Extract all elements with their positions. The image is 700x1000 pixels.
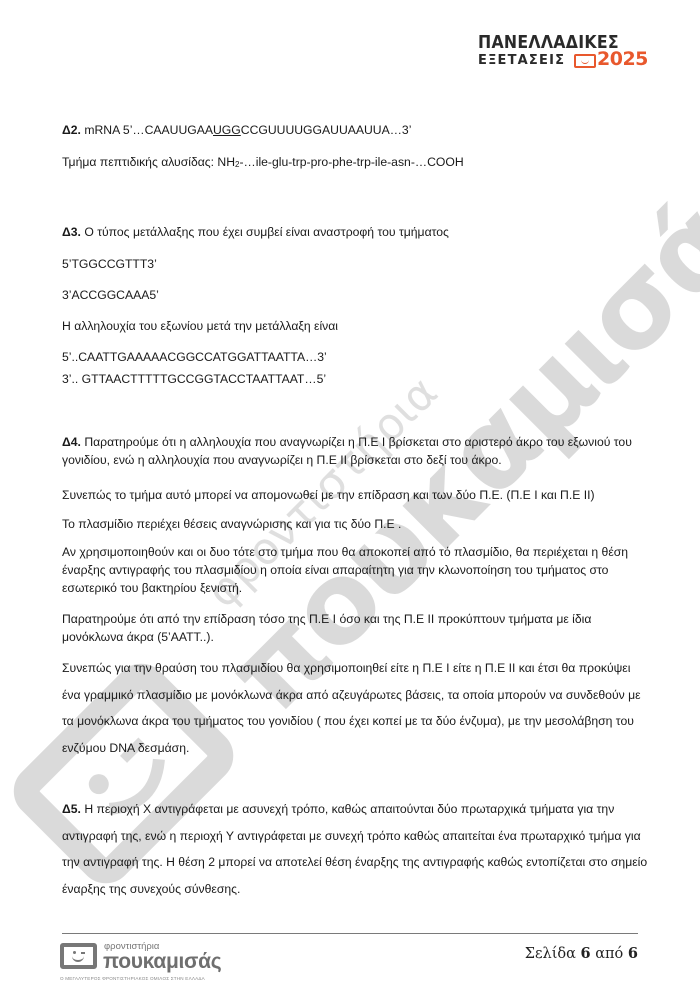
footer-divider [62,933,638,934]
document-page: φροντιστήρια πουκαμισάς ΠΑΝΕΛΛΑΔΙΚΕΣ ΕΞΕ… [0,0,700,1000]
footer-brand-logo: φροντιστήρια πουκαμισάς Ο ΜΕΓΑΛΥΤΕΡΟΣ ΦΡ… [60,940,220,985]
page-total: 6 [628,945,638,962]
brand-name: πουκαμισάς [103,950,221,974]
page-number: Σελίδα 6 από 6 [525,945,638,962]
codon-underlined: UGG [213,123,241,137]
d4-label: Δ4. [62,435,81,449]
d5-paragraph: Δ5. Η περιοχή Χ αντιγράφεται με ασυνεχή … [62,796,652,902]
page-current: 6 [581,945,591,962]
d4-paragraph-1: Δ4. Παρατηρούμε ότι η αλληλουχία που ανα… [62,433,652,469]
d4-paragraph-2: Συνεπώς το τμήμα αυτό μπορεί να απομονωθ… [62,486,652,504]
d3-after-text: Η αλληλουχία του εξωνίου μετά την μετάλλ… [62,317,338,335]
d3-after-top: 5’..CAATTGAAAAACGGCCATGGATTAATTA…3’ [62,348,327,366]
d4-paragraph-5: Παρατηρούμε ότι από την επίδραση τόσο τη… [62,610,652,646]
screen-smiley-icon [574,54,596,68]
d3-intro: Δ3. Ο τύπος μετάλλαξης που έχει συμβεί ε… [62,223,449,241]
brand-tagline: Ο ΜΕΓΑΛΥΤΕΡΟΣ ΦΡΟΝΤΙΣΤΗΡΙΑΚΟΣ ΟΜΙΛΟΣ ΣΤΗ… [60,976,205,981]
tv-smiley-icon [60,943,97,969]
d3-label: Δ3. [62,225,81,239]
d3-seq-bottom: 3’ACCGGCAAA5’ [62,286,159,304]
d3-after-bottom: 3’.. GTTAACTTTTTGCCGGTACCTAATTAAT…5’ [62,370,326,388]
d2-peptide-line: Τμήμα πεπτιδικής αλυσίδας: NH2-…ile-glu-… [62,153,464,174]
d4-paragraph-6: Συνεπώς για την θραύση του πλασμιδίου θα… [62,655,652,761]
d2-mrna-line: Δ2. mRNA 5’…CAAUUGAAUGGCCGUUUUGGAUUAAUUA… [62,121,411,139]
d5-label: Δ5. [62,802,81,816]
d4-paragraph-4: Αν χρησιμοποιηθούν και οι δυο τότε στο τ… [62,543,652,597]
exam-logo-year: 2025 [597,48,648,70]
d3-seq-top: 5’TGGCCGTTT3’ [62,255,157,273]
exam-logo-line2: ΕΞΕΤΑΣΕΙΣ [478,53,565,68]
exam-logo: ΠΑΝΕΛΛΑΔΙΚΕΣ ΕΞΕΤΑΣΕΙΣ 2025 [478,33,638,73]
d4-paragraph-3: Το πλασμίδιο περιέχει θέσεις αναγνώρισης… [62,515,652,533]
d2-label: Δ2. [62,123,81,137]
